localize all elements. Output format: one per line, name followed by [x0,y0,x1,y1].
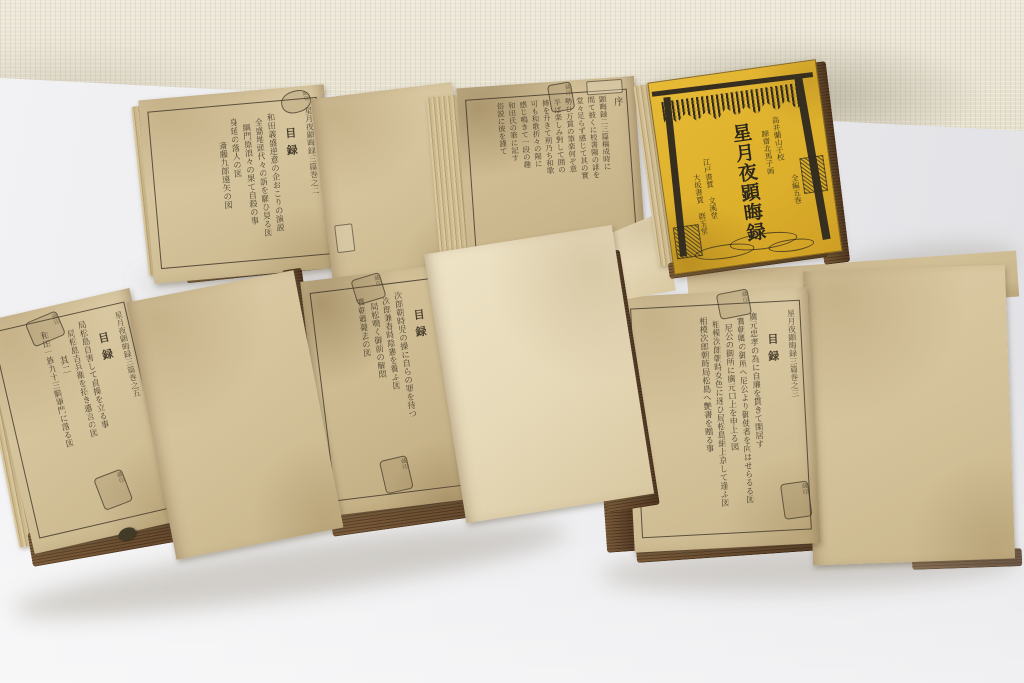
printed-toc-page: 星月夜顕晦録三篇巻之二 目録 和田義盛逆意の企おこりの演説 全盛地頭代々の訴を願… [138,84,339,284]
vertical-text-block: 星月夜顕晦録三篇巻之二 目録 和田義盛逆意の企おこりの演説 全盛地頭代々の訴を願… [154,103,324,262]
stone-base-right [799,155,828,194]
photo-of-antique-japanese-books: 星月夜顕晦録三篇巻之二 目録 和田義盛逆意の企おこりの演説 全盛地頭代々の訴を願… [0,0,1024,683]
section-header: 目録 [281,105,306,252]
cover-title: 星月夜顕晦録 [729,122,765,243]
label-cartouche [334,223,355,253]
collector-seal-icon: 蔵印 [780,480,813,520]
printed-toc-page: 星月夜顕晦録三篇巻之三 目録 廣元忠孝の為に自廉を貫きて閑居す 實朝卿の御所へ尼… [621,287,820,552]
label-cartouche [586,79,623,95]
blank-facing-page [803,265,1015,566]
yellow-front-cover: 星月夜顕晦録 高井蘭山子校 蹄齋北馬子画 全編五巻 江戸書賈 文溪堂 大坂書賈 … [647,59,842,275]
vertical-text-block: 星月夜顕晦録三篇巻之三 目録 廣元忠孝の為に自廉を貫きて閑居す 實朝卿の御所へ尼… [636,306,805,532]
collector-seal-icon: 蔵印 [547,81,575,113]
